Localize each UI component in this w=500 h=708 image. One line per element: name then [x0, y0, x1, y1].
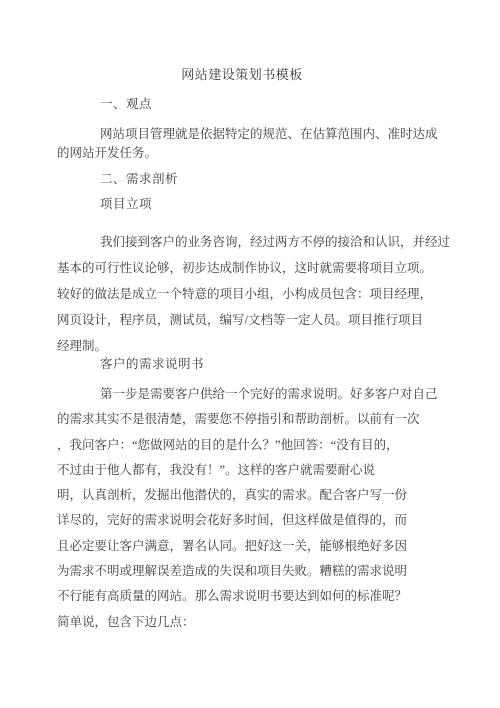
section-heading-viewpoint: 一、观点 [100, 96, 152, 112]
text-line: 第一步是需要客户供给一个完好的需求说明。好多客户对自己 [57, 382, 430, 407]
text-line: 明，认真剖析，发掘出他潜伏的，真实的需求。配合客户写一份 [57, 483, 430, 508]
text-line: ，我问客户：“您做网站的目的是什么？”他回答：“没有目的， [57, 433, 430, 458]
text-line: 详尽的，完好的需求说明会花好多时间，但这样做是值得的，而 [57, 508, 430, 533]
paragraph-customer-requirement: 第一步是需要客户供给一个完好的需求说明。好多客户对自己 的需求其实不是很清楚，需… [57, 382, 430, 635]
text-line: 基本的可行性议论够，初步达成制作协议，这时就需要将项目立项。 [57, 255, 430, 281]
document-page: 网站建设策划书模板 一、观点 网站项目管理就是依据特定的规范、在估算范围内、准时… [0, 0, 500, 708]
text-line: 较好的做法是成立一个特意的项目小组，小构成员包含：项目经理， [57, 281, 430, 307]
text-line: 我们接到客户的业务咨询，经过两方不停的接洽和认识，并经过 [57, 229, 430, 255]
subsection-heading-customer-requirement-spec: 客户的需求说明书 [100, 356, 204, 372]
subsection-heading-project-initiation: 项目立项 [100, 196, 152, 212]
text-line: 的网站开发任务。 [57, 144, 430, 163]
text-line: 的需求其实不是很清楚，需要您不停指引和帮助剖析。以前有一次 [57, 407, 430, 432]
section-heading-requirement-analysis: 二、需求剖析 [100, 171, 178, 187]
text-line: 为需求不明或理解误差造成的失误和项目失败。糟糕的需求说明 [57, 559, 430, 584]
text-line: 不行能有高质量的网站。那么需求说明书要达到如何的标准呢？ [57, 584, 430, 609]
text-line: 且必定要让客户满意，署名认同。把好这一关，能够根绝好多因 [57, 534, 430, 559]
text-line: 不过由于他人都有，我没有！”。这样的客户就需要耐心说 [57, 458, 430, 483]
paragraph-overview: 网站项目管理就是依据特定的规范、在估算范围内、准时达成 的网站开发任务。 [57, 125, 430, 163]
text-line: 网站项目管理就是依据特定的规范、在估算范围内、准时达成 [57, 125, 430, 144]
paragraph-project-initiation: 我们接到客户的业务咨询，经过两方不停的接洽和认识，并经过 基本的可行性议论够，初… [57, 229, 430, 359]
text-line: 简单说，包含下边几点： [57, 610, 430, 635]
document-title: 网站建设策划书模板 [57, 67, 427, 83]
text-line: 网页设计，程序员，测试员，编写/文档等一定人员。项目推行项目 [57, 307, 430, 333]
